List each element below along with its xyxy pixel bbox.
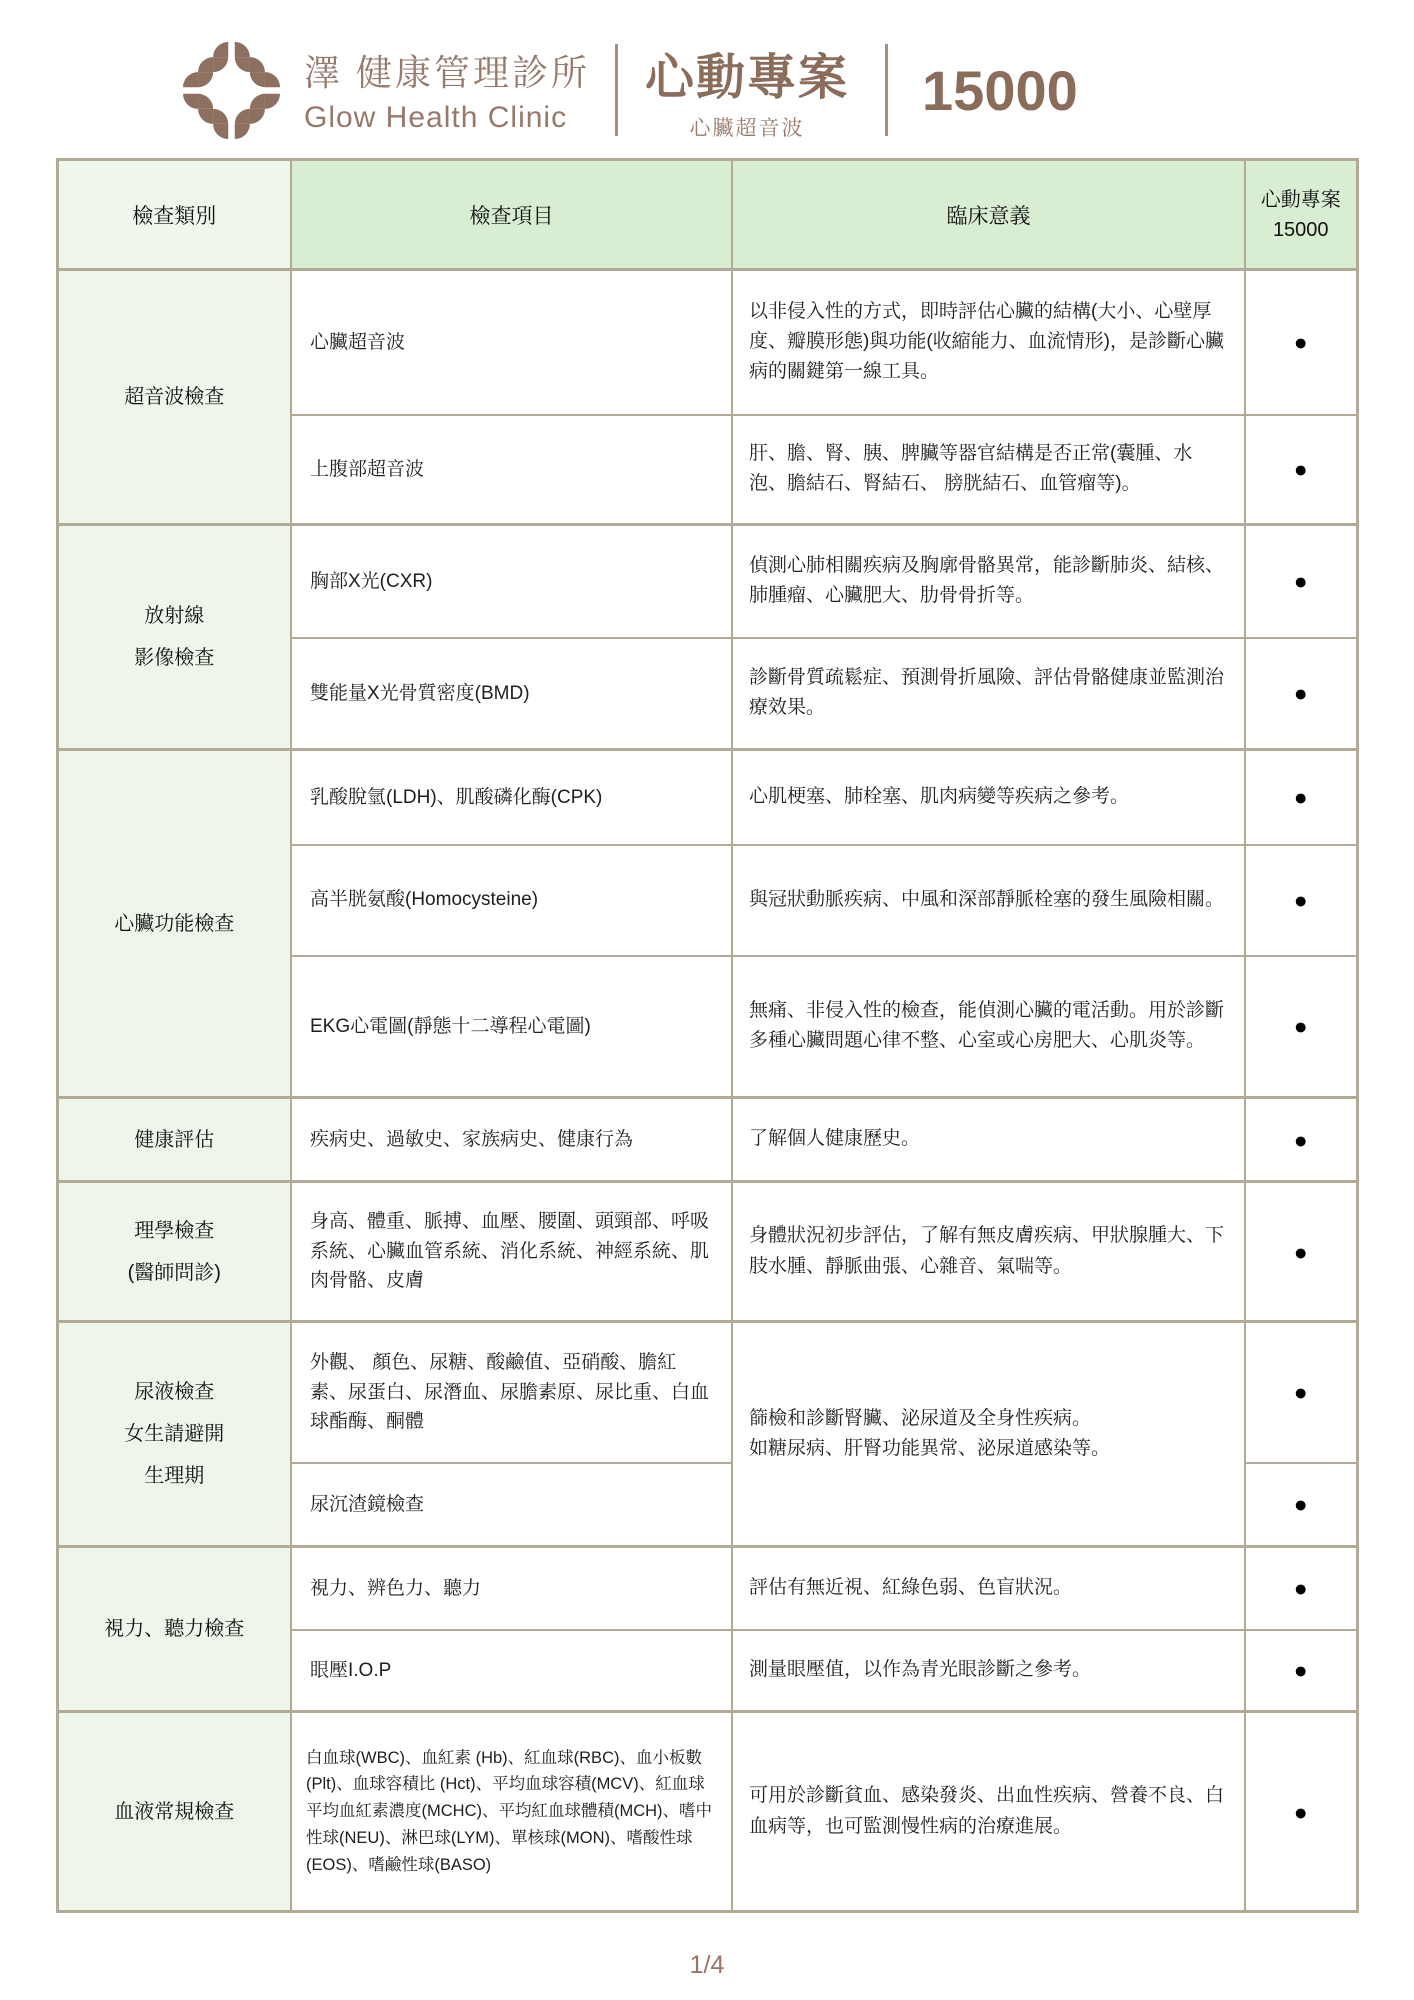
included-dot-icon: ● bbox=[1294, 1801, 1308, 1824]
clinic-name-zh: 澤 健康管理診所 bbox=[304, 45, 590, 96]
plan-included-cell: ● bbox=[1245, 1630, 1357, 1712]
category-cell: 血液常規檢查 bbox=[57, 1712, 291, 1912]
meaning-cell: 了解個人健康歷史。 bbox=[732, 1098, 1245, 1182]
category-cell: 視力、聽力檢查 bbox=[57, 1547, 291, 1712]
table-header-row: 檢查類別 檢查項目 臨床意義 心動專案 15000 bbox=[57, 160, 1357, 270]
meaning-cell: 偵測心肺相關疾病及胸廓骨骼異常，能診斷肺炎、結核、肺腫瘤、心臟肥大、肋骨骨折等。 bbox=[732, 525, 1245, 638]
plan-included-cell: ● bbox=[1245, 270, 1357, 415]
category-cell: 放射線 影像檢查 bbox=[57, 525, 291, 750]
table-row: 尿液檢查 女生請避開 生理期外觀、 顏色、尿糖、酸鹼值、亞硝酸、膽紅素、尿蛋白、… bbox=[57, 1322, 1357, 1463]
included-dot-icon: ● bbox=[1294, 1241, 1308, 1264]
header-divider bbox=[615, 44, 618, 136]
included-dot-icon: ● bbox=[1294, 1493, 1308, 1516]
item-cell: 胸部X光(CXR) bbox=[291, 525, 732, 638]
included-dot-icon: ● bbox=[1294, 889, 1308, 912]
table-row: 理學檢查 (醫師問診)身高、體重、脈搏、血壓、腰圍、頭頸部、呼吸系統、心臟血管系… bbox=[57, 1182, 1357, 1322]
meaning-cell: 與冠狀動脈疾病、中風和深部靜脈栓塞的發生風險相關。 bbox=[732, 845, 1245, 956]
item-cell: 眼壓I.O.P bbox=[291, 1630, 732, 1712]
meaning-cell: 肝、膽、腎、胰、脾臟等器官結構是否正常(囊腫、水泡、膽結石、腎結石、 膀胱結石、… bbox=[732, 415, 1245, 525]
table-row: 健康評估疾病史、過敏史、家族病史、健康行為了解個人健康歷史。● bbox=[57, 1098, 1357, 1182]
item-cell: 外觀、 顏色、尿糖、酸鹼值、亞硝酸、膽紅素、尿蛋白、尿潛血、尿膽素原、尿比重、白… bbox=[291, 1322, 732, 1463]
clinic-name-en: Glow Health Clinic bbox=[304, 101, 590, 135]
included-dot-icon: ● bbox=[1294, 1129, 1308, 1152]
plan-included-cell: ● bbox=[1245, 845, 1357, 956]
item-cell: 疾病史、過敏史、家族病史、健康行為 bbox=[291, 1098, 732, 1182]
plan-included-cell: ● bbox=[1245, 1463, 1357, 1547]
category-cell: 健康評估 bbox=[57, 1098, 291, 1182]
item-cell: EKG心電圖(靜態十二導程心電圖) bbox=[291, 956, 732, 1098]
header-divider-2 bbox=[885, 44, 888, 136]
included-dot-icon: ● bbox=[1294, 1577, 1308, 1600]
plan-included-cell: ● bbox=[1245, 1322, 1357, 1463]
col-header-item: 檢查項目 bbox=[291, 160, 732, 270]
included-dot-icon: ● bbox=[1294, 331, 1308, 354]
included-dot-icon: ● bbox=[1294, 1015, 1308, 1038]
plan-included-cell: ● bbox=[1245, 956, 1357, 1098]
table-row: 視力、聽力檢查視力、辨色力、聽力評估有無近視、紅綠色弱、色盲狀況。● bbox=[57, 1547, 1357, 1630]
meaning-cell: 評估有無近視、紅綠色弱、色盲狀況。 bbox=[732, 1547, 1245, 1630]
included-dot-icon: ● bbox=[1294, 1381, 1308, 1404]
col-header-meaning: 臨床意義 bbox=[732, 160, 1245, 270]
plan-included-cell: ● bbox=[1245, 415, 1357, 525]
meaning-cell: 篩檢和診斷腎臟、泌尿道及全身性疾病。 如糖尿病、肝腎功能異常、泌尿道感染等。 bbox=[732, 1322, 1245, 1547]
col-header-category: 檢查類別 bbox=[57, 160, 291, 270]
item-cell: 雙能量X光骨質密度(BMD) bbox=[291, 638, 732, 750]
page-number: 1/4 bbox=[0, 1951, 1414, 1980]
col-header-plan: 心動專案 15000 bbox=[1245, 160, 1357, 270]
table-row: 超音波檢查心臟超音波以非侵入性的方式，即時評估心臟的結構(大小、心壁厚度、瓣膜形… bbox=[57, 270, 1357, 415]
clinic-logo-icon bbox=[183, 40, 280, 141]
plan-title-block: 心動專案 心臟超音波 bbox=[645, 39, 849, 142]
meaning-cell: 心肌梗塞、肺栓塞、肌肉病變等疾病之參考。 bbox=[732, 750, 1245, 845]
item-cell: 心臟超音波 bbox=[291, 270, 732, 415]
plan-included-cell: ● bbox=[1245, 1712, 1357, 1912]
plan-included-cell: ● bbox=[1245, 1182, 1357, 1322]
meaning-cell: 測量眼壓值，以作為青光眼診斷之參考。 bbox=[732, 1630, 1245, 1712]
plan-subtitle: 心臟超音波 bbox=[645, 112, 849, 142]
meaning-cell: 以非侵入性的方式，即時評估心臟的結構(大小、心壁厚度、瓣膜形態)與功能(收縮能力… bbox=[732, 270, 1245, 415]
plan-name: 心動專案 bbox=[645, 39, 849, 109]
included-dot-icon: ● bbox=[1294, 458, 1308, 481]
item-cell: 白血球(WBC)、血紅素 (Hb)、紅血球(RBC)、血小板數 (Plt)、血球… bbox=[291, 1712, 732, 1912]
included-dot-icon: ● bbox=[1294, 786, 1308, 809]
table-row: 血液常規檢查白血球(WBC)、血紅素 (Hb)、紅血球(RBC)、血小板數 (P… bbox=[57, 1712, 1357, 1912]
plan-included-cell: ● bbox=[1245, 1098, 1357, 1182]
category-cell: 心臟功能檢查 bbox=[57, 750, 291, 1098]
meaning-cell: 身體狀況初步評估，了解有無皮膚疾病、甲狀腺腫大、下肢水腫、靜脈曲張、心雜音、氣喘… bbox=[732, 1182, 1245, 1322]
item-cell: 上腹部超音波 bbox=[291, 415, 732, 525]
item-cell: 視力、辨色力、聽力 bbox=[291, 1547, 732, 1630]
meaning-cell: 無痛、非侵入性的檢查，能偵測心臟的電活動。用於診斷多種心臟問題心律不整、心室或心… bbox=[732, 956, 1245, 1098]
plan-included-cell: ● bbox=[1245, 1547, 1357, 1630]
included-dot-icon: ● bbox=[1294, 682, 1308, 705]
page-header: 澤 健康管理診所 Glow Health Clinic 心動專案 心臟超音波 1… bbox=[183, 32, 1414, 148]
plan-included-cell: ● bbox=[1245, 750, 1357, 845]
meaning-cell: 診斷骨質疏鬆症、預測骨折風險、評估骨骼健康並監測治療效果。 bbox=[732, 638, 1245, 750]
category-cell: 超音波檢查 bbox=[57, 270, 291, 525]
category-cell: 理學檢查 (醫師問診) bbox=[57, 1182, 291, 1322]
clinic-name-block: 澤 健康管理診所 Glow Health Clinic bbox=[304, 45, 590, 135]
meaning-cell: 可用於診斷貧血、感染發炎、出血性疾病、營養不良、白血病等，也可監測慢性病的治療進… bbox=[732, 1712, 1245, 1912]
included-dot-icon: ● bbox=[1294, 570, 1308, 593]
plan-included-cell: ● bbox=[1245, 525, 1357, 638]
table-row: 心臟功能檢查乳酸脫氫(LDH)、肌酸磷化酶(CPK)心肌梗塞、肺栓塞、肌肉病變等… bbox=[57, 750, 1357, 845]
table-row: 放射線 影像檢查胸部X光(CXR)偵測心肺相關疾病及胸廓骨骼異常，能診斷肺炎、結… bbox=[57, 525, 1357, 638]
checkup-table: 檢查類別 檢查項目 臨床意義 心動專案 15000 超音波檢查心臟超音波以非侵入… bbox=[56, 158, 1359, 1913]
category-cell: 尿液檢查 女生請避開 生理期 bbox=[57, 1322, 291, 1547]
item-cell: 身高、體重、脈搏、血壓、腰圍、頭頸部、呼吸系統、心臟血管系統、消化系統、神經系統… bbox=[291, 1182, 732, 1322]
item-cell: 高半胱氨酸(Homocysteine) bbox=[291, 845, 732, 956]
item-cell: 尿沉渣鏡檢查 bbox=[291, 1463, 732, 1547]
included-dot-icon: ● bbox=[1294, 1659, 1308, 1682]
plan-included-cell: ● bbox=[1245, 638, 1357, 750]
item-cell: 乳酸脫氫(LDH)、肌酸磷化酶(CPK) bbox=[291, 750, 732, 845]
plan-price: 15000 bbox=[922, 58, 1078, 123]
